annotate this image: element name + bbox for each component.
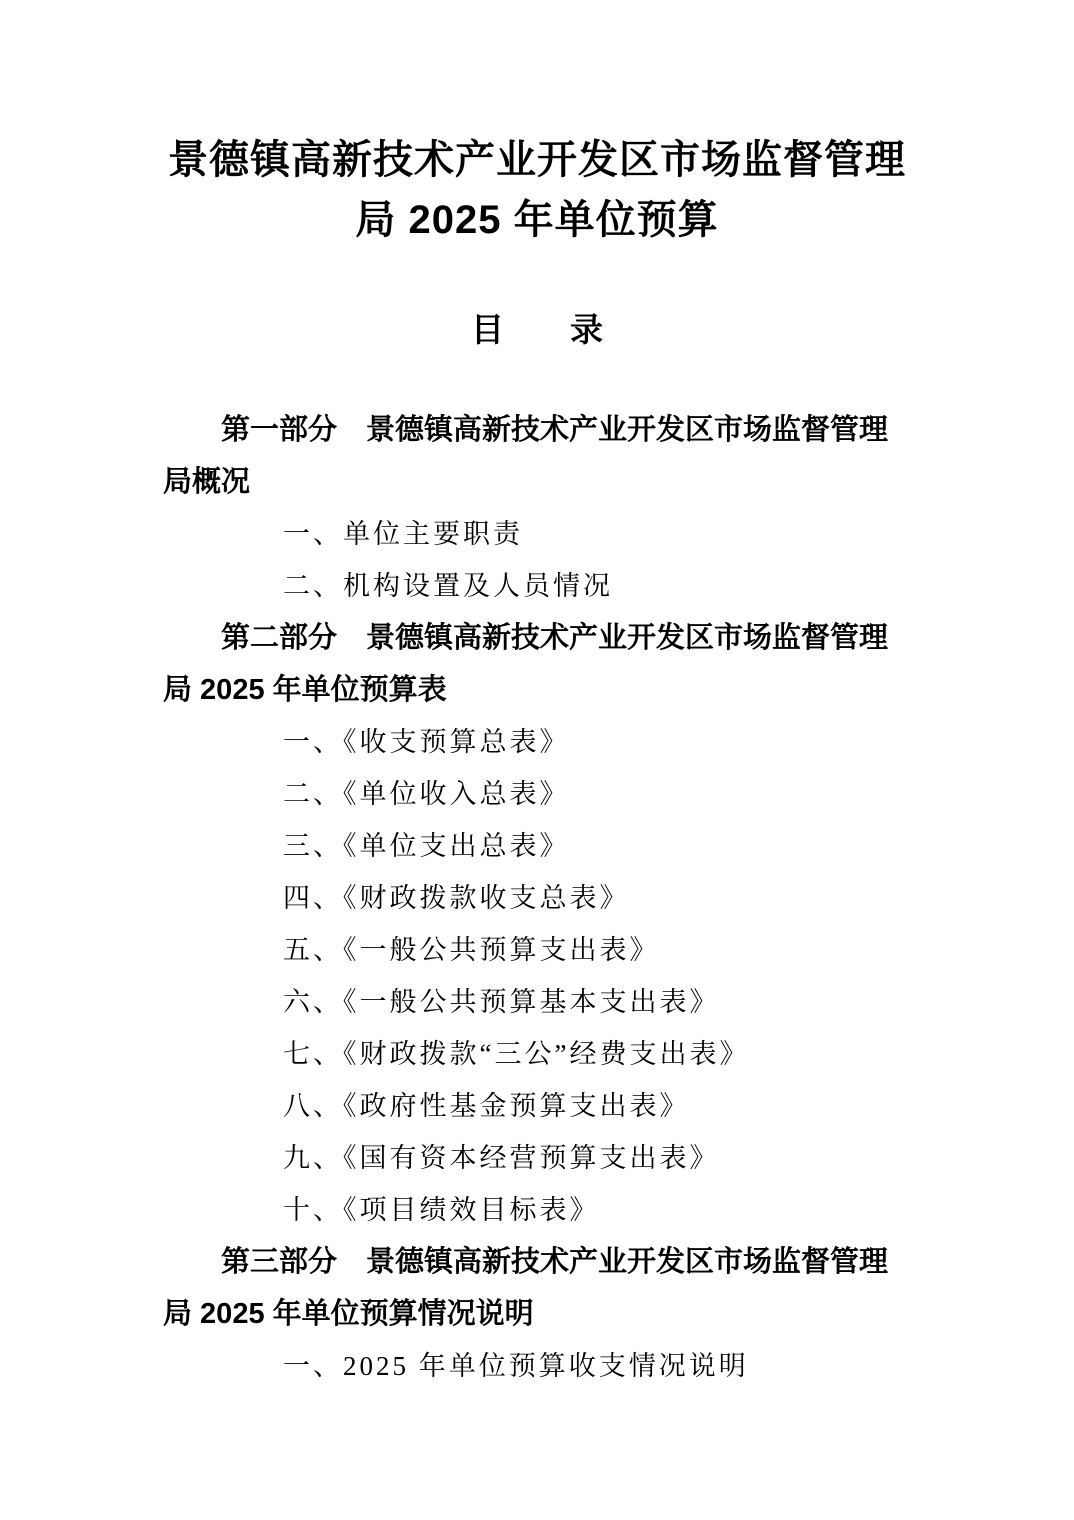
document-title-line-1: 景德镇高新技术产业开发区市场监督管理 [80, 130, 994, 190]
toc-section-1: 第一部分 景德镇高新技术产业开发区市场监督管理 局概况 一、单位主要职责 二、机… [163, 404, 916, 612]
toc-item: 六、《一般公共预算基本支出表》 [163, 976, 916, 1028]
section-3-heading-line-1: 第三部分 景德镇高新技术产业开发区市场监督管理 [163, 1236, 916, 1288]
document-title: 景德镇高新技术产业开发区市场监督管理 局 2025 年单位预算 [0, 0, 1074, 250]
toc-item: 一、《收支预算总表》 [163, 716, 916, 768]
section-1-heading-line-1: 第一部分 景德镇高新技术产业开发区市场监督管理 [163, 404, 916, 456]
document-page: 景德镇高新技术产业开发区市场监督管理 局 2025 年单位预算 目 录 第一部分… [0, 0, 1074, 1520]
section-2-heading-line-2: 局 2025 年单位预算表 [163, 664, 916, 716]
toc-item: 二、《单位收入总表》 [163, 768, 916, 820]
section-3-heading-line-2: 局 2025 年单位预算情况说明 [163, 1288, 916, 1340]
toc-item: 四、《财政拨款收支总表》 [163, 872, 916, 924]
toc-item: 二、机构设置及人员情况 [163, 560, 916, 612]
toc-item: 五、《一般公共预算支出表》 [163, 924, 916, 976]
toc-section-3: 第三部分 景德镇高新技术产业开发区市场监督管理 局 2025 年单位预算情况说明… [163, 1236, 916, 1392]
toc-item: 九、《国有资本经营预算支出表》 [163, 1132, 916, 1184]
toc-item: 三、《单位支出总表》 [163, 820, 916, 872]
toc-item: 一、2025 年单位预算收支情况说明 [163, 1340, 916, 1392]
document-title-line-2: 局 2025 年单位预算 [80, 190, 994, 250]
toc-item: 七、《财政拨款“三公”经费支出表》 [163, 1028, 916, 1080]
toc-section-2: 第二部分 景德镇高新技术产业开发区市场监督管理 局 2025 年单位预算表 一、… [163, 612, 916, 1236]
section-2-heading-line-1: 第二部分 景德镇高新技术产业开发区市场监督管理 [163, 612, 916, 664]
toc-item: 八、《政府性基金预算支出表》 [163, 1080, 916, 1132]
toc-item: 十、《项目绩效目标表》 [163, 1184, 916, 1236]
toc-item: 一、单位主要职责 [163, 508, 916, 560]
toc-content: 第一部分 景德镇高新技术产业开发区市场监督管理 局概况 一、单位主要职责 二、机… [163, 404, 916, 1392]
toc-heading: 目 录 [0, 308, 1074, 352]
section-1-heading-line-2: 局概况 [163, 456, 916, 508]
